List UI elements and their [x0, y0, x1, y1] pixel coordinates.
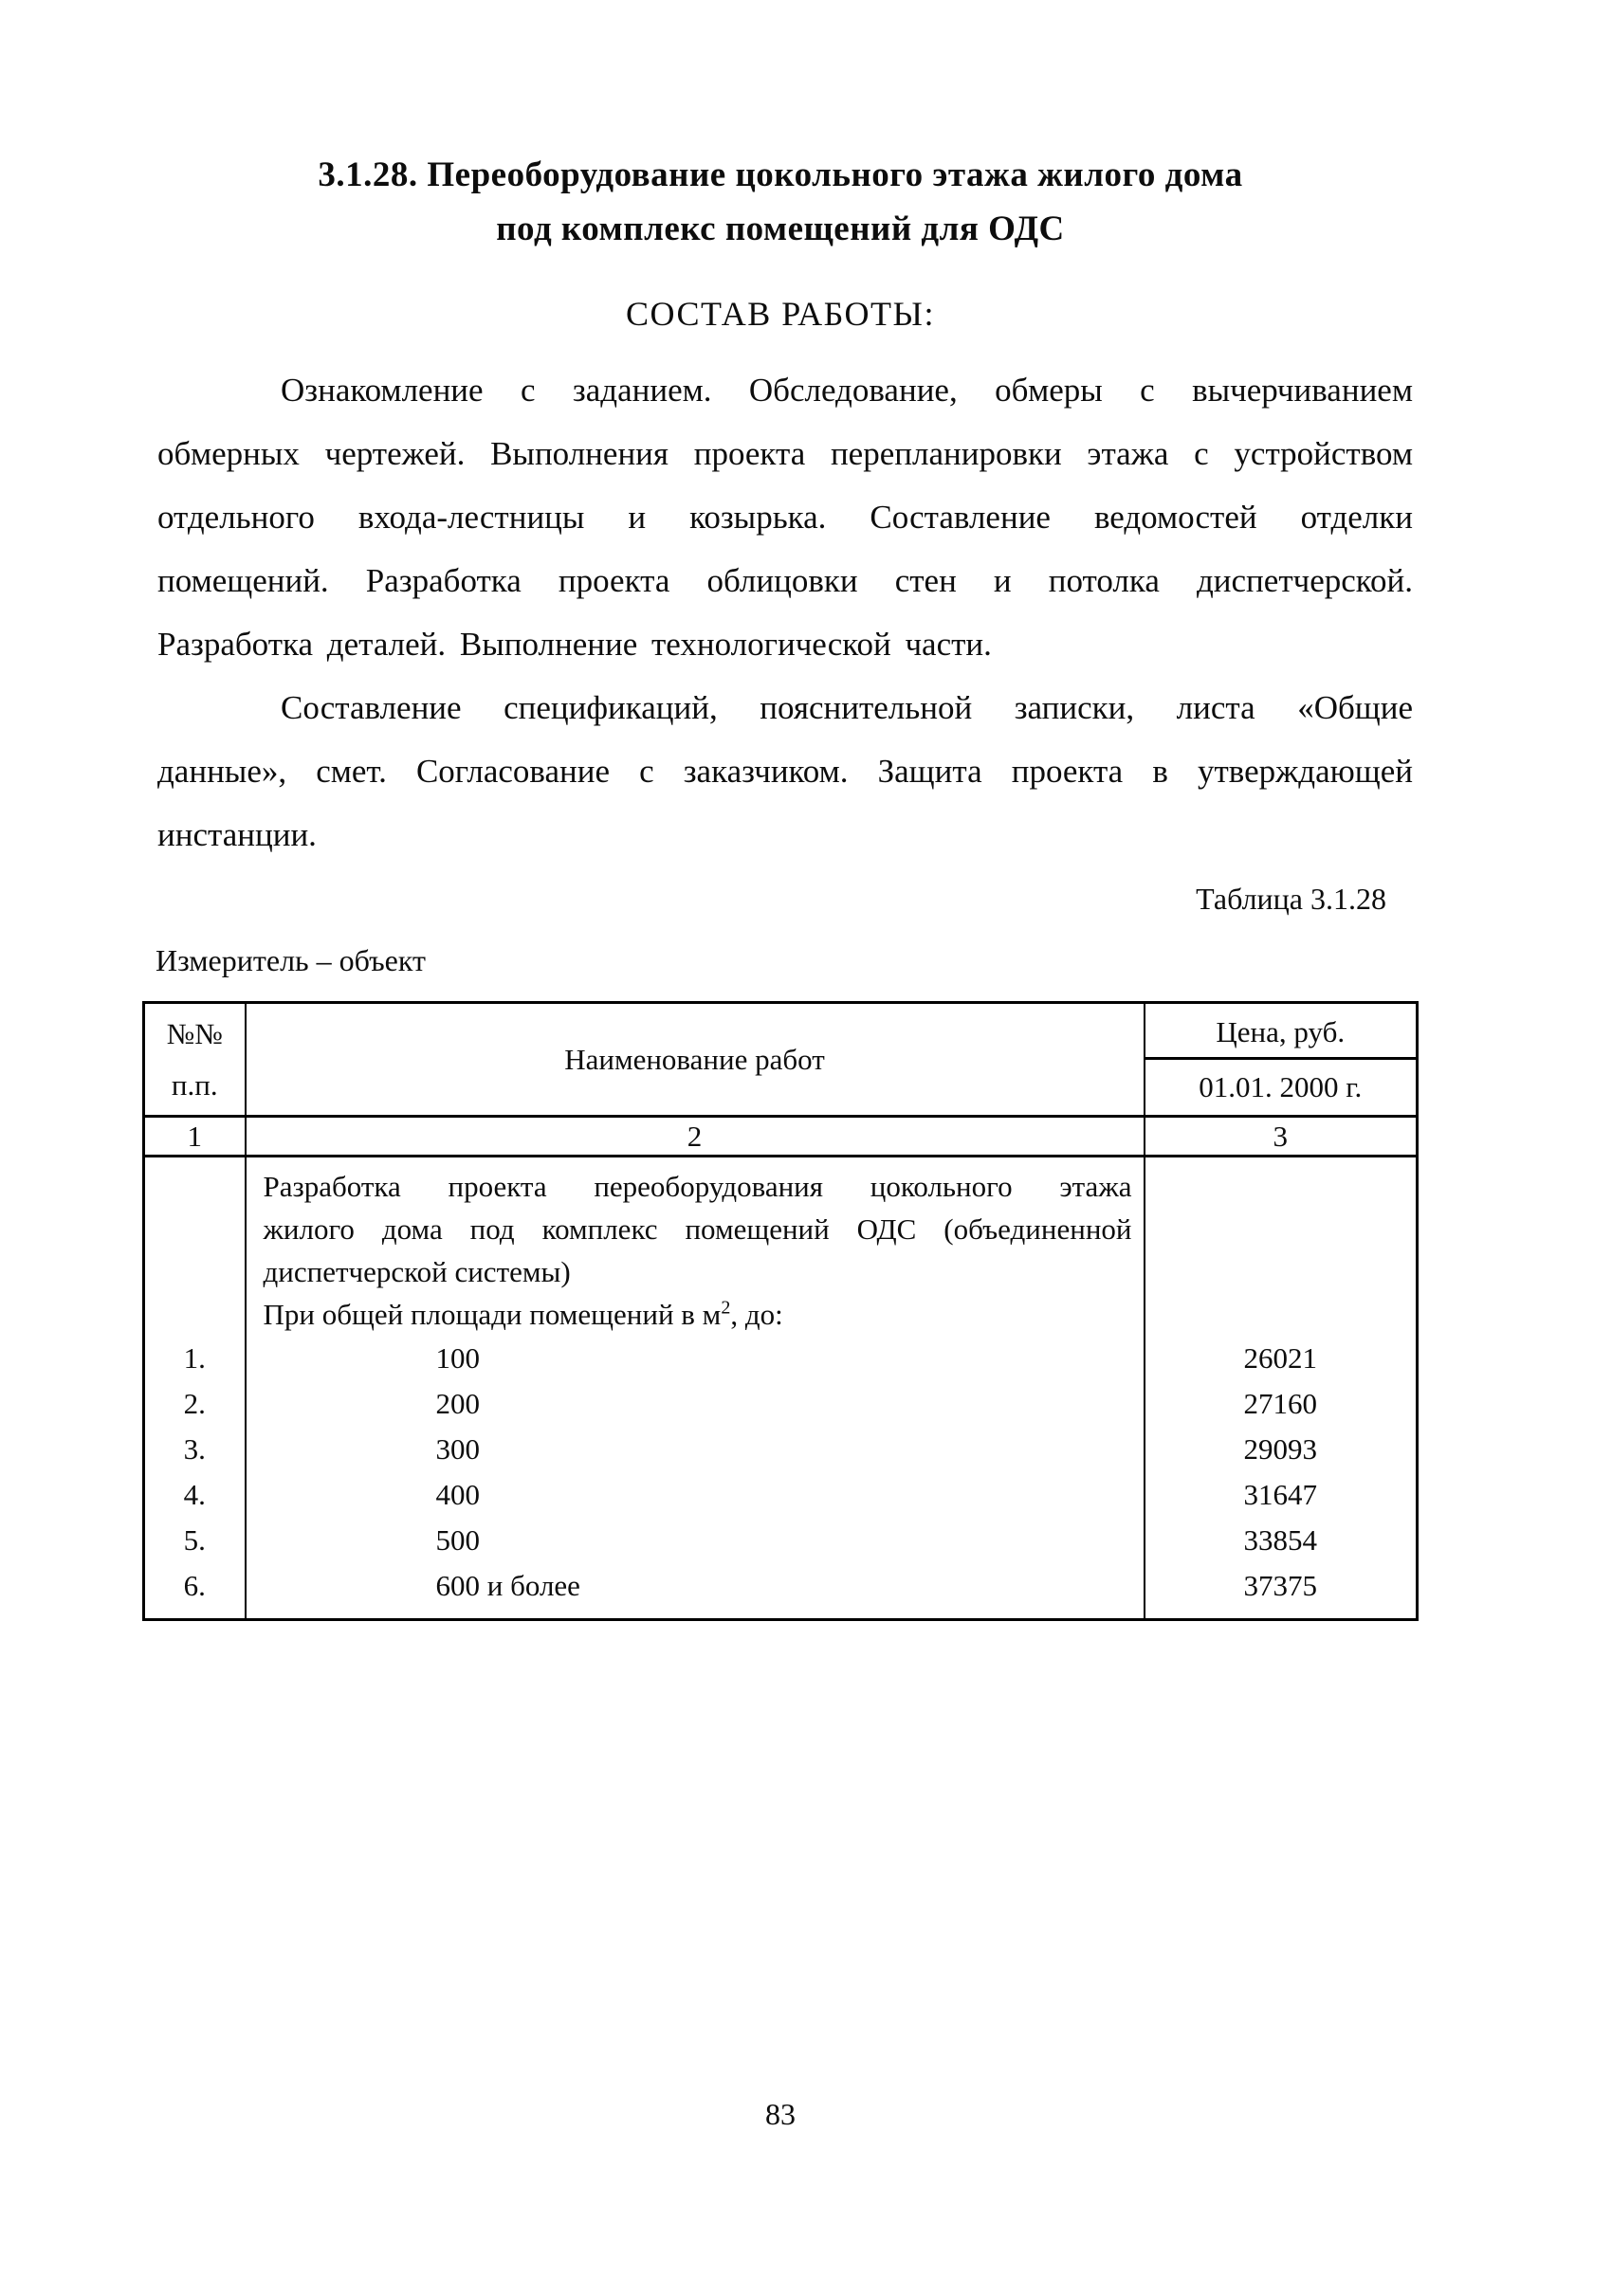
- section-heading-line1: 3.1.28. Переоборудование цокольного этаж…: [318, 155, 1242, 194]
- table-caption: Таблица 3.1.28: [142, 882, 1419, 917]
- row-number: 1.: [145, 1336, 245, 1381]
- paragraph-approval: Составление спецификаций, пояснительной …: [142, 676, 1419, 866]
- document-page: 3.1.28. Переоборудование цокольного этаж…: [0, 0, 1612, 2296]
- paragraph-work-description: Ознакомление с заданием. Обследование, о…: [142, 358, 1419, 676]
- column-index-1: 1: [144, 1117, 246, 1157]
- area-condition-suffix: , до:: [730, 1298, 782, 1331]
- price-value: 26021: [1145, 1336, 1417, 1381]
- body-cell-work-name: Разработка проекта переоборудования цоко…: [246, 1157, 1145, 1620]
- area-value: 100: [247, 1336, 1144, 1381]
- row-number: 5.: [145, 1518, 245, 1563]
- price-column-spacer: [1145, 1165, 1417, 1336]
- table-header-row: №№ п.п. Наименование работ Цена, руб. 01…: [144, 1003, 1418, 1117]
- area-value: 400: [247, 1472, 1144, 1518]
- measure-label: Измеритель – объект: [142, 943, 1419, 978]
- work-description-line: диспетчерской системы): [247, 1250, 1144, 1293]
- price-header-date: 01.01. 2000 г.: [1145, 1060, 1417, 1115]
- body-cell-numbers: 1. 2. 3. 4. 5. 6.: [144, 1157, 246, 1620]
- section-heading: 3.1.28. Переоборудование цокольного этаж…: [142, 148, 1419, 256]
- body-cell-prices: 26021 27160 29093 31647 33854 37375: [1145, 1157, 1418, 1620]
- price-value: 37375: [1145, 1563, 1417, 1609]
- area-condition-line: При общей площади помещений в м2, до:: [247, 1293, 1144, 1336]
- page-number: 83: [142, 2097, 1419, 2132]
- area-value: 500: [247, 1518, 1144, 1563]
- header-cell-work-name: Наименование работ: [246, 1003, 1145, 1117]
- column-index-3: 3: [1145, 1117, 1418, 1157]
- work-description-line: Разработка проекта переоборудования цоко…: [247, 1165, 1144, 1208]
- column-index-row: 1 2 3: [144, 1117, 1418, 1157]
- price-value: 29093: [1145, 1427, 1417, 1472]
- price-header-title: Цена, руб.: [1145, 1004, 1417, 1060]
- area-condition-superscript: 2: [721, 1298, 730, 1319]
- area-value: 200: [247, 1381, 1144, 1427]
- area-value: 600 и более: [247, 1563, 1144, 1609]
- table-body-row: 1. 2. 3. 4. 5. 6. Разработка проекта пер…: [144, 1157, 1418, 1620]
- number-column-spacer: [145, 1165, 245, 1336]
- header-number-line2: п.п.: [145, 1060, 245, 1111]
- column-index-2: 2: [246, 1117, 1145, 1157]
- price-table: №№ п.п. Наименование работ Цена, руб. 01…: [142, 1001, 1419, 1621]
- body-text-block: Ознакомление с заданием. Обследование, о…: [142, 358, 1419, 866]
- price-value: 33854: [1145, 1518, 1417, 1563]
- area-value: 300: [247, 1427, 1144, 1472]
- row-number: 4.: [145, 1472, 245, 1518]
- price-value: 31647: [1145, 1472, 1417, 1518]
- section-heading-line2: под комплекс помещений для ОДС: [496, 210, 1065, 248]
- price-value: 27160: [1145, 1381, 1417, 1427]
- area-condition-prefix: При общей площади помещений в м: [264, 1298, 722, 1331]
- row-number: 6.: [145, 1563, 245, 1609]
- work-description-line: жилого дома под комплекс помещений ОДС (…: [247, 1208, 1144, 1250]
- header-cell-number: №№ п.п.: [144, 1003, 246, 1117]
- row-number: 2.: [145, 1381, 245, 1427]
- work-composition-title: СОСТАВ РАБОТЫ:: [142, 294, 1419, 334]
- header-cell-price: Цена, руб. 01.01. 2000 г.: [1145, 1003, 1418, 1117]
- page-content: 3.1.28. Переоборудование цокольного этаж…: [142, 148, 1419, 1621]
- row-number: 3.: [145, 1427, 245, 1472]
- header-number-line1: №№: [145, 1009, 245, 1060]
